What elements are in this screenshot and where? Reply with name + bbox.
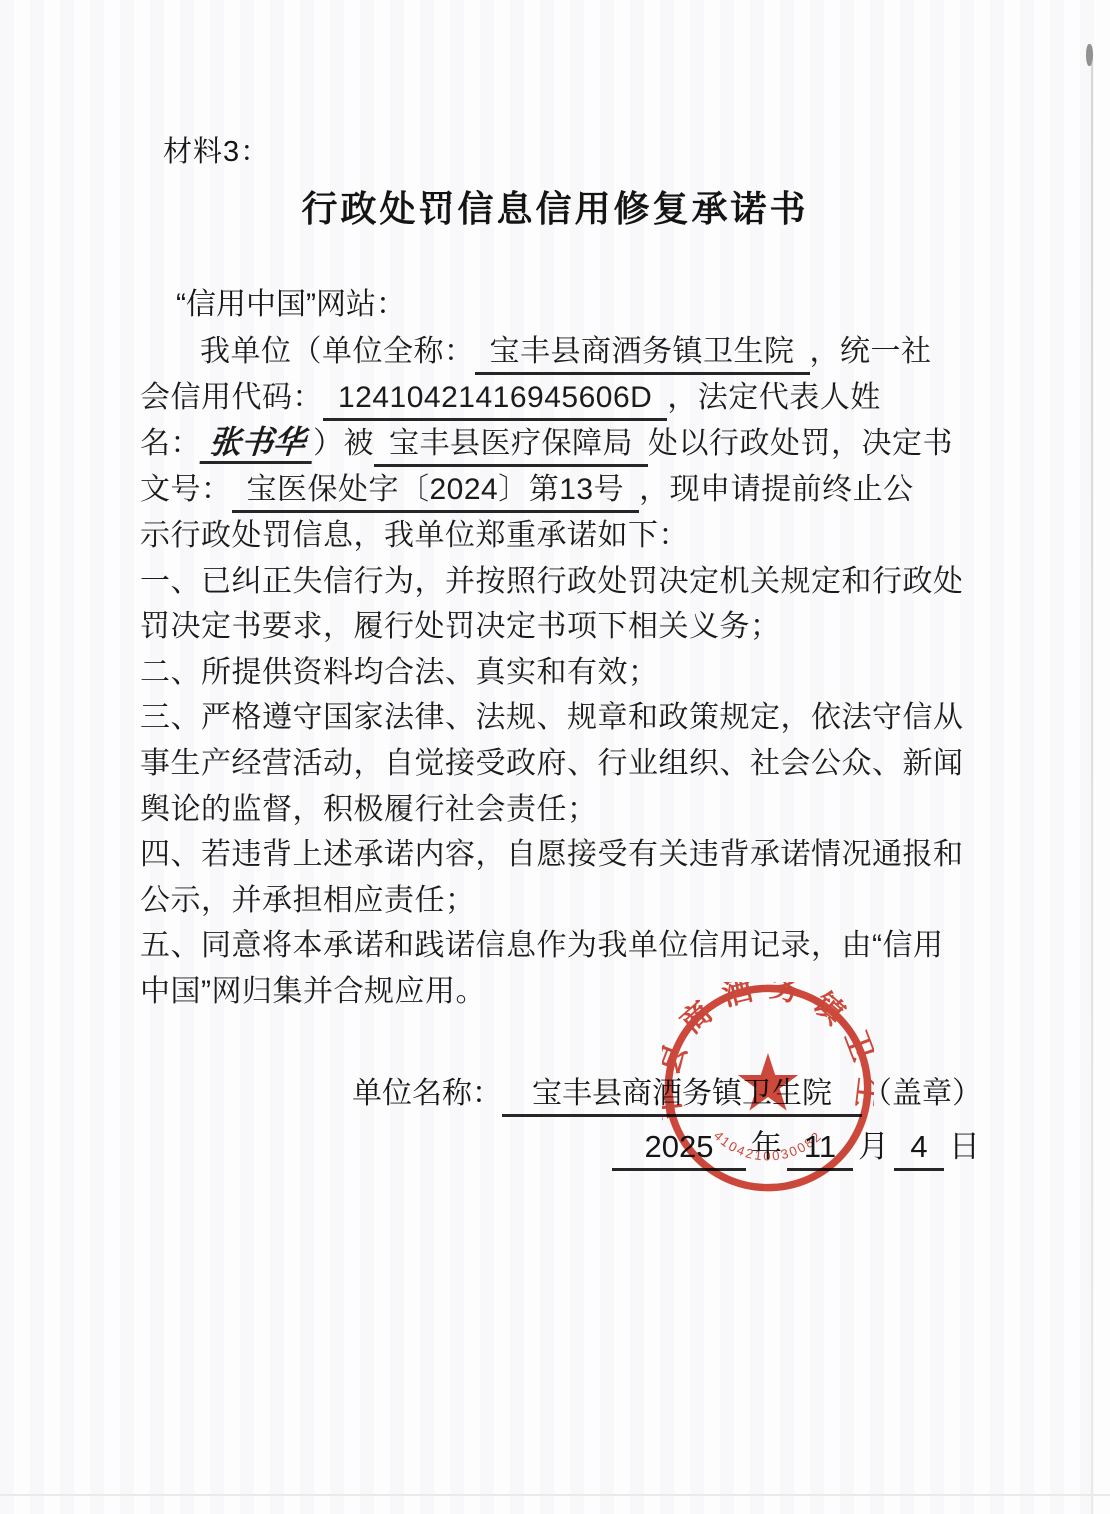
body-line: 三、严格遵守国家法律、法规、规章和政策规定，依法守信从 bbox=[140, 695, 996, 741]
text-segment: 名： bbox=[140, 427, 201, 460]
text-segment: 示行政处罚信息，我单位郑重承诺如下： bbox=[140, 519, 689, 552]
seal-star-icon bbox=[738, 1053, 798, 1111]
body-line: 一、已纠正失信行为，并按照行政处罚决定机关规定和行政处 bbox=[140, 559, 996, 605]
text-segment: 五、同意将本承诺和践诺信息作为我单位信用记录，由“信用 bbox=[140, 929, 944, 962]
text-segment: 处以行政处罚，决定书 bbox=[648, 427, 953, 460]
text-segment: 文号： bbox=[140, 473, 232, 506]
text-segment: 事生产经营活动，自觉接受政府、行业组织、社会公众、新闻 bbox=[140, 747, 964, 780]
text-segment: 舆论的监督，积极履行社会责任； bbox=[140, 793, 598, 826]
body-line: 罚决定书要求，履行处罚决定书项下相关义务； bbox=[140, 604, 996, 650]
body-line: 五、同意将本承诺和践诺信息作为我单位信用记录，由“信用 bbox=[140, 923, 996, 969]
text-segment: 我单位（单位全称： bbox=[200, 335, 475, 368]
text-segment: 三、严格遵守国家法律、法规、规章和政策规定，依法守信从 bbox=[140, 701, 964, 734]
handwritten-name: 张书华 bbox=[200, 423, 315, 464]
text-segment: 中国”网归集并合规应用。 bbox=[140, 975, 486, 1008]
text-segment: 罚决定书要求，履行处罚决定书项下相关义务； bbox=[140, 610, 781, 643]
text-segment: 四、若违背上述承诺内容，自愿接受有关违背承诺情况通报和 bbox=[140, 838, 964, 871]
scan-artifact-vline bbox=[1091, 62, 1093, 1514]
body-line: 我单位（单位全称：宝丰县商酒务镇卫生院，统一社 bbox=[140, 329, 996, 375]
salutation: “信用中国”网站： bbox=[176, 279, 406, 323]
body-line: 四、若违背上述承诺内容，自愿接受有关违背承诺情况通报和 bbox=[140, 832, 996, 878]
body-line: 会信用代码：12410421416945606D，法定代表人姓 bbox=[140, 375, 996, 421]
date-day-unit: 日 bbox=[949, 1129, 980, 1164]
unit-name-label: 单位名称： bbox=[352, 1077, 502, 1110]
filled-blank: 12410421416945606D bbox=[323, 378, 667, 421]
text-segment: ，统一社 bbox=[810, 335, 932, 368]
text-segment: ，法定代表人姓 bbox=[667, 381, 881, 414]
page-title: 行政处罚信息信用修复承诺书 bbox=[0, 181, 1110, 232]
scan-artifact-hline bbox=[0, 1494, 1110, 1496]
body-line: 事生产经营活动，自觉接受政府、行业组织、社会公众、新闻 bbox=[140, 741, 996, 787]
svg-text:4104210030082: 4104210030082 bbox=[711, 1128, 825, 1164]
body-text: 我单位（单位全称：宝丰县商酒务镇卫生院，统一社会信用代码：12410421416… bbox=[140, 329, 996, 1015]
text-segment: 一、已纠正失信行为，并按照行政处罚决定机关规定和行政处 bbox=[140, 565, 964, 598]
official-seal: 宝丰县商酒务镇卫生院 4104210030082 bbox=[662, 982, 874, 1194]
filled-blank: 宝丰县商酒务镇卫生院 bbox=[475, 332, 810, 375]
body-line: 二、所提供资料均合法、真实和有效； bbox=[140, 650, 996, 696]
text-segment: ）被 bbox=[313, 427, 374, 460]
seal-note: （盖章） bbox=[862, 1077, 982, 1110]
filled-blank: 宝丰县医疗保障局 bbox=[374, 424, 648, 467]
body-line: 公示，并承担相应责任； bbox=[140, 878, 996, 924]
material-label: 材料3： bbox=[163, 129, 270, 170]
filled-blank: 宝医保处字〔2024〕第13号 bbox=[232, 470, 640, 513]
seal-code: 4104210030082 bbox=[711, 1128, 825, 1164]
text-segment: 公示，并承担相应责任； bbox=[140, 884, 476, 917]
body-line: 示行政处罚信息，我单位郑重承诺如下： bbox=[140, 513, 996, 559]
body-line: 文号：宝医保处字〔2024〕第13号，现申请提前终止公 bbox=[140, 467, 996, 513]
date-day: 4 bbox=[894, 1126, 944, 1171]
body-line: 舆论的监督，积极履行社会责任； bbox=[140, 787, 996, 833]
svg-text:宝丰县商酒务镇卫生院: 宝丰县商酒务镇卫生院 bbox=[662, 982, 874, 1123]
body-line: 名：张书华）被宝丰县医疗保障局处以行政处罚，决定书 bbox=[140, 421, 996, 467]
seal-org-name: 宝丰县商酒务镇卫生院 bbox=[662, 982, 874, 1123]
official-seal-graphic: 宝丰县商酒务镇卫生院 4104210030082 bbox=[662, 982, 874, 1194]
text-segment: 二、所提供资料均合法、真实和有效； bbox=[140, 656, 659, 689]
document-page: 材料3： 行政处罚信息信用修复承诺书 “信用中国”网站： 我单位（单位全称：宝丰… bbox=[0, 0, 1110, 1514]
text-segment: 会信用代码： bbox=[140, 381, 323, 414]
text-segment: ，现申请提前终止公 bbox=[639, 473, 914, 506]
